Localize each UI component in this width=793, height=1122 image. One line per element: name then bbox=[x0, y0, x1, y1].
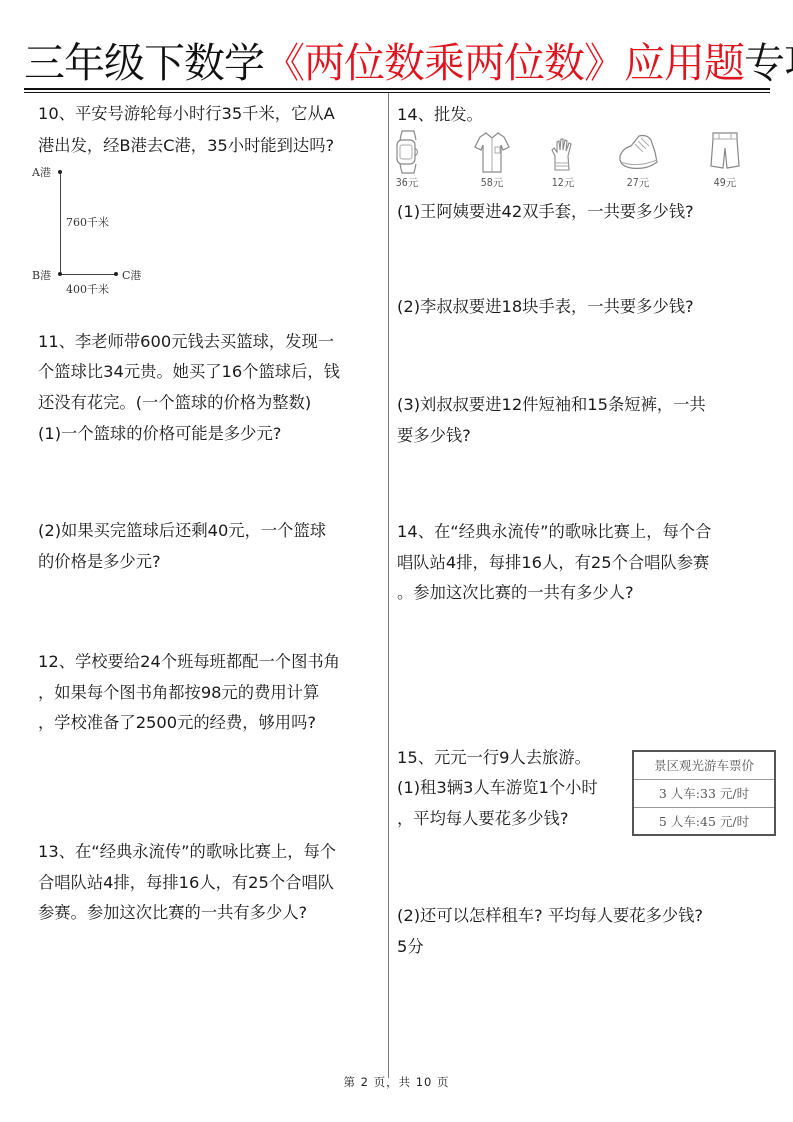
title-suffix: 专项 bbox=[744, 39, 793, 87]
sub-question: 要多少钱? bbox=[397, 422, 471, 450]
point-a-dot bbox=[58, 170, 62, 174]
question-text: 10、平安号游轮每小时行35千米，它从A bbox=[38, 100, 335, 128]
score-label: 5分 bbox=[397, 933, 424, 961]
title-rule-thick bbox=[24, 88, 770, 90]
product-price: 12元 bbox=[533, 176, 593, 190]
route-line-ab bbox=[60, 172, 61, 274]
title-prefix: 三年级下数学 bbox=[24, 39, 264, 87]
question-text: 12、学校要给24个班每班都配一个图书角 bbox=[38, 648, 340, 676]
route-diagram: A港 B港 C港 760千米 400千米 bbox=[30, 160, 170, 300]
sub-question: 的价格是多少元? bbox=[38, 548, 161, 576]
sub-question: (1)王阿姨要进42双手套，一共要多少钱? bbox=[397, 198, 694, 226]
question-text: 港出发，经B港去C港，35小时能到达吗? bbox=[38, 132, 334, 160]
product-price: 49元 bbox=[695, 176, 755, 190]
product-watch: 36元 bbox=[377, 130, 437, 190]
point-b-label: B港 bbox=[32, 267, 51, 283]
question-text: 14、在“经典永流传”的歌咏比赛上，每个合 bbox=[397, 518, 711, 546]
sneaker-icon bbox=[617, 130, 659, 174]
shorts-icon bbox=[707, 130, 743, 174]
sub-question: (2)如果买完篮球后还剩40元，一个篮球 bbox=[38, 517, 326, 545]
sub-question: ，平均每人要花多少钱? bbox=[397, 805, 568, 833]
sub-question: (3)刘叔叔要进12件短袖和15条短裤，一共 bbox=[397, 391, 706, 419]
product-shirt: 58元 bbox=[462, 130, 522, 190]
title-highlight: 《两位数乘两位数》应用题 bbox=[264, 39, 744, 87]
sub-question: (1)一个篮球的价格可能是多少元? bbox=[38, 420, 281, 448]
price-table-header: 景区观光游车票价 bbox=[633, 751, 775, 779]
glove-icon bbox=[548, 130, 578, 174]
sub-question: (2)还可以怎样租车? 平均每人要花多少钱? bbox=[397, 902, 703, 930]
question-text: 还没有花完。(一个篮球的价格为整数) bbox=[38, 389, 311, 417]
title-rule-thin bbox=[24, 92, 770, 93]
product-sneaker: 27元 bbox=[608, 130, 668, 190]
question-text: 13、在“经典永流传”的歌咏比赛上，每个 bbox=[38, 838, 336, 866]
question-text: 唱队站4排，每排16人，有25个合唱队参赛 bbox=[397, 549, 709, 577]
question-text: 11、李老师带600元钱去买篮球，发现一 bbox=[38, 328, 334, 356]
column-divider bbox=[388, 93, 389, 1078]
question-title: 15、元元一行9人去旅游。 bbox=[397, 744, 591, 772]
point-b-dot bbox=[58, 272, 62, 276]
point-a-label: A港 bbox=[32, 164, 51, 180]
product-glove: 12元 bbox=[533, 130, 593, 190]
question-text: 。参加这次比赛的一共有多少人? bbox=[397, 579, 634, 607]
product-price: 27元 bbox=[608, 176, 668, 190]
question-text: ，学校准备了2500元的经费，够用吗? bbox=[38, 709, 316, 737]
shirt-icon bbox=[474, 130, 510, 174]
question-text: 个篮球比34元贵。她买了16个篮球后，钱 bbox=[38, 358, 340, 386]
product-price: 58元 bbox=[462, 176, 522, 190]
product-price: 36元 bbox=[377, 176, 437, 190]
price-table-row: 3 人车:33 元/时 bbox=[633, 779, 775, 807]
ab-distance-label: 760千米 bbox=[66, 214, 109, 230]
price-table: 景区观光游车票价 3 人车:33 元/时 5 人车:45 元/时 bbox=[632, 750, 776, 836]
page-title: 三年级下数学《两位数乘两位数》应用题专项 bbox=[24, 38, 772, 88]
route-line-bc bbox=[60, 274, 116, 275]
question-text: 合唱队站4排，每排16人，有25个合唱队 bbox=[38, 869, 334, 897]
point-c-label: C港 bbox=[122, 267, 141, 283]
sub-question: (2)李叔叔要进18块手表，一共要多少钱? bbox=[397, 293, 694, 321]
price-table-row: 5 人车:45 元/时 bbox=[633, 807, 775, 835]
question-text: ，如果每个图书角都按98元的费用计算 bbox=[38, 679, 319, 707]
question-text: 参赛。参加这次比赛的一共有多少人? bbox=[38, 899, 307, 927]
question-title: 14、批发。 bbox=[397, 101, 483, 129]
page-indicator: 第 2 页，共 10 页 bbox=[0, 1074, 793, 1090]
watch-icon bbox=[392, 130, 422, 174]
bc-distance-label: 400千米 bbox=[66, 281, 109, 297]
sub-question: (1)租3辆3人车游览1个小时 bbox=[397, 774, 598, 802]
product-shorts: 49元 bbox=[695, 130, 755, 190]
point-c-dot bbox=[114, 272, 118, 276]
